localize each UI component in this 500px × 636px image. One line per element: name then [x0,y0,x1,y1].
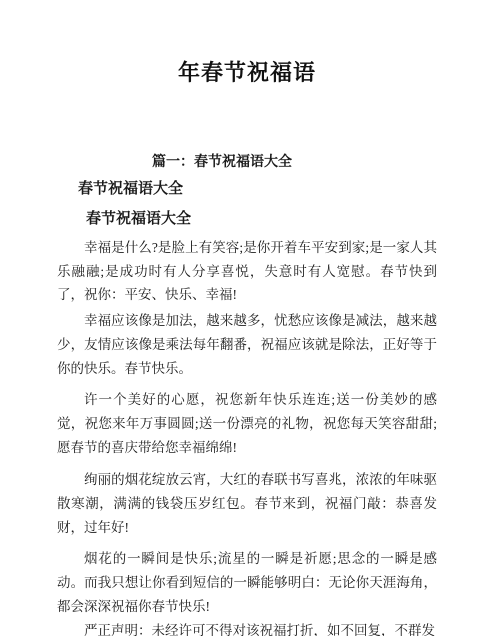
subheading-second: 春节祝福语大全 [57,210,437,228]
body-paragraph: 许一个美好的心愿，祝您新年快乐连连;送一份美妙的感觉，祝您来年万事圆圆;送一份漂… [57,388,437,459]
body-paragraph: 绚丽的烟花绽放云宵，大红的春联书写喜兆，浓浓的年味驱散寒潮，满满的钱袋压岁红包。… [57,468,437,539]
body-paragraph: 幸福应该像是加法，越来越多，忧愁应该像是减法，越来越少，友情应该像是乘法每年翻番… [57,309,437,380]
body-paragraph: 烟花的一瞬间是快乐;流星的一瞬是祈愿;思念的一瞬是感动。而我只想让你看到短信的一… [57,547,437,618]
body-paragraph-cutoff: 严正声明：未经许可不得对该祝福打折，如不回复，不群发 [57,619,437,636]
section-heading: 篇一：春节祝福语大全 [57,154,437,171]
body-paragraph: 幸福是什么?是脸上有笑容;是你开着车平安到家;是一家人其乐融融;是成功时有人分享… [57,236,437,307]
document-page: 年春节祝福语 篇一：春节祝福语大全 春节祝福语大全 春节祝福语大全 幸福是什么?… [0,0,500,636]
document-title: 年春节祝福语 [57,56,437,90]
subheading-first: 春节祝福语大全 [57,180,437,198]
